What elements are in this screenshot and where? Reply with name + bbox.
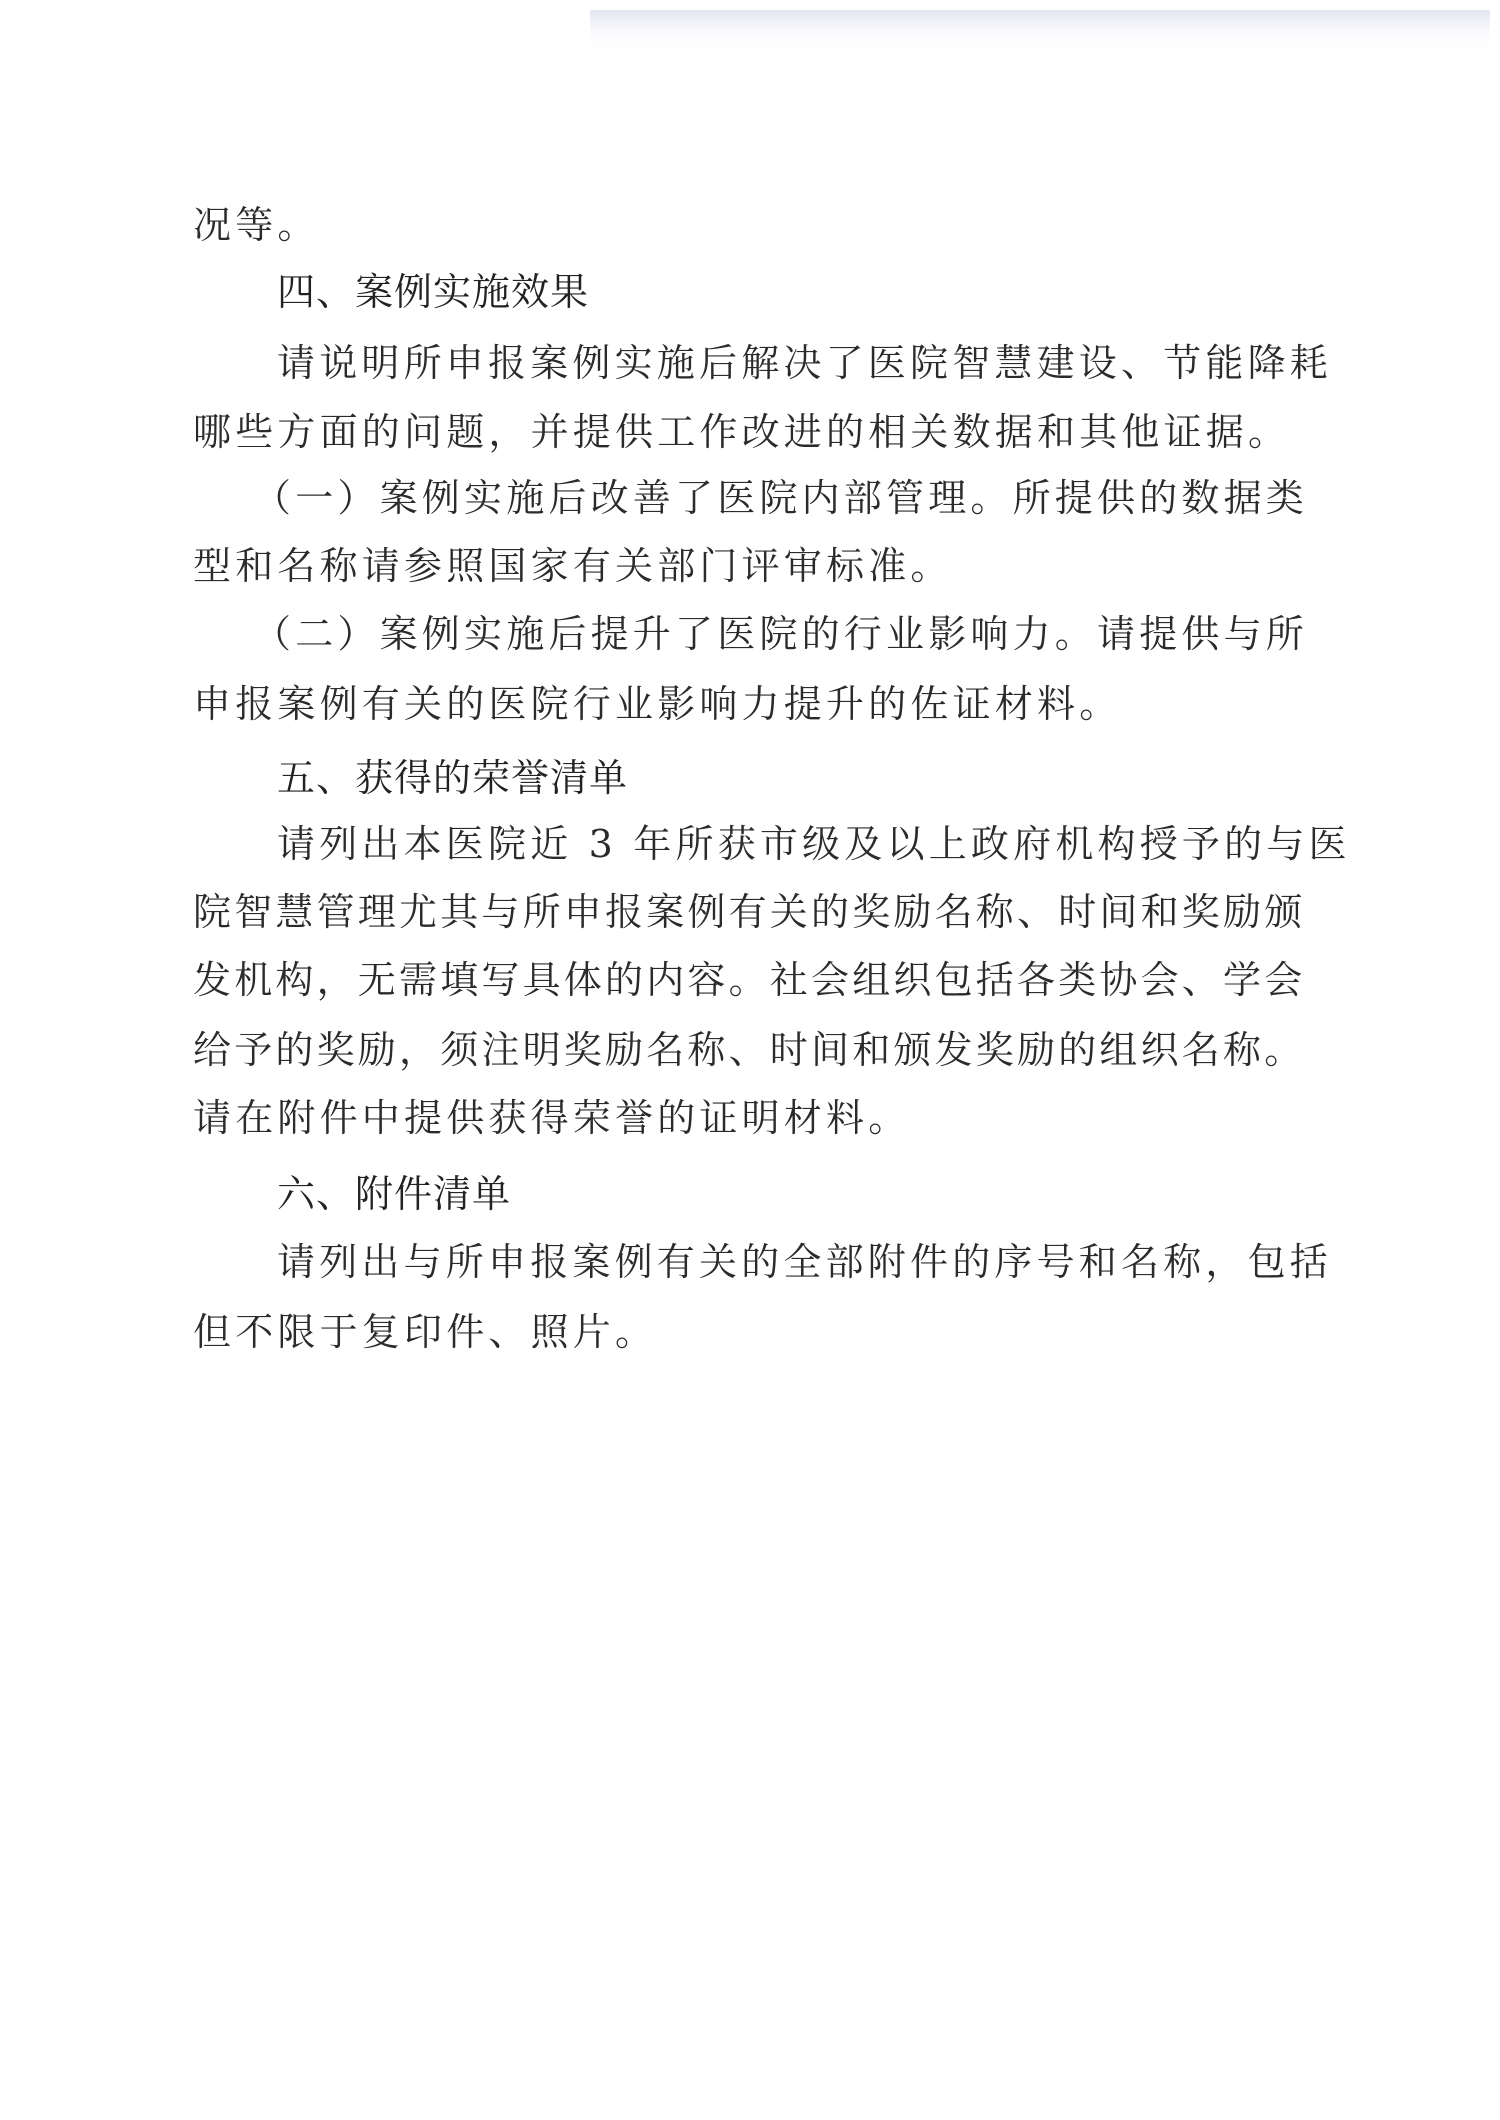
paragraph-line: 申报案例有关的医院行业影响力提升的佐证材料。 [193,681,1121,727]
section-heading-4: 四、案例实施效果 [277,269,589,315]
continuation-text: 况等。 [193,202,320,248]
paragraph-line: 型和名称请参照国家有关部门评审标准。 [193,543,953,589]
paragraph-line: 院智慧管理尤其与所申报案例有关的奖励名称、时间和奖励颁 [193,889,1305,935]
paragraph-line: 请说明所申报案例实施后解决了医院智慧建设、节能降耗 [277,340,1332,386]
paragraph-line: 给予的奖励，须注明奖励名称、时间和颁发奖励的组织名称。 [193,1027,1305,1073]
paragraph-line: 请列出本医院近 3 年所获市级及以上政府机构授予的与医 [277,821,1351,867]
section-heading-5: 五、获得的荣誉清单 [277,755,628,801]
paragraph-line: 请在附件中提供获得荣誉的证明材料。 [193,1095,910,1141]
paragraph-line: （一）案例实施后改善了医院内部管理。所提供的数据类 [253,475,1308,521]
paragraph-line: 但不限于复印件、照片。 [193,1309,657,1355]
paragraph-line: （二）案例实施后提升了医院的行业影响力。请提供与所 [253,611,1308,657]
section-heading-6: 六、附件清单 [277,1171,511,1217]
paragraph-line: 哪些方面的问题，并提供工作改进的相关数据和其他证据。 [193,409,1290,455]
paragraph-line: 请列出与所申报案例有关的全部附件的序号和名称，包括 [277,1239,1332,1285]
paragraph-line: 发机构，无需填写具体的内容。社会组织包括各类协会、学会 [193,957,1305,1003]
scan-shadow [590,10,1490,50]
